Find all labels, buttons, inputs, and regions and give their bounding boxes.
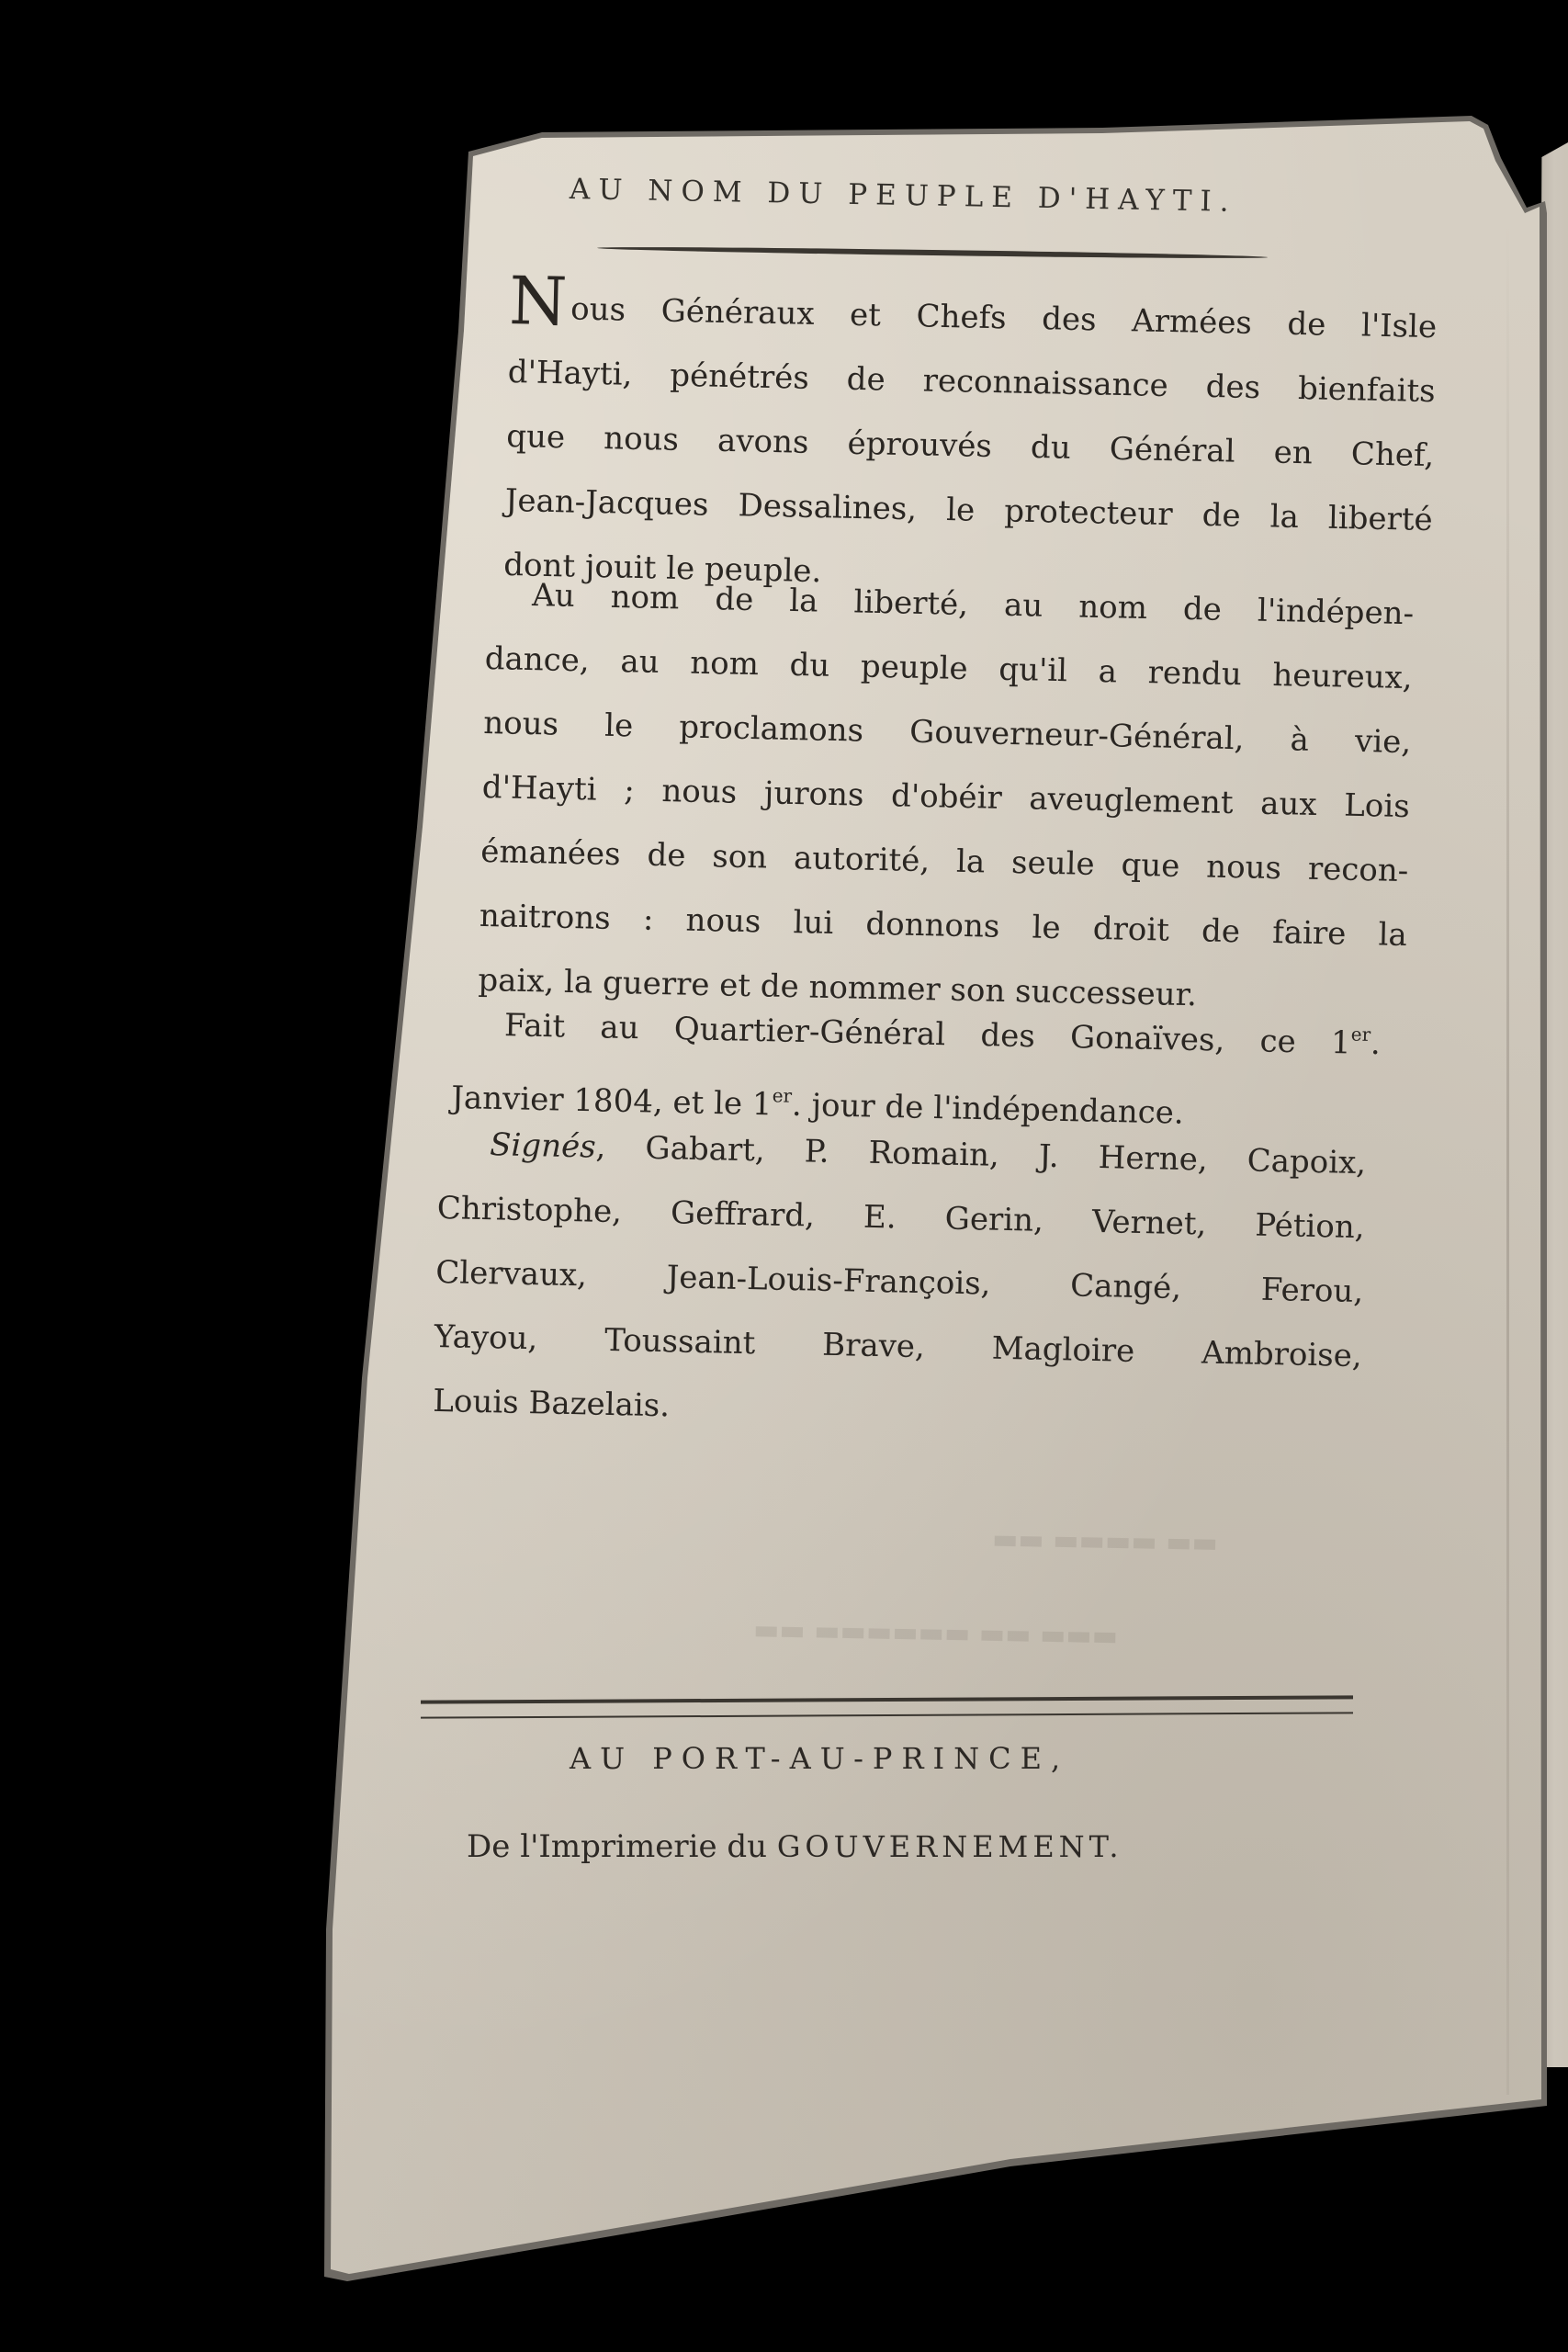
bleed-through-text: ▬▬▬ ▬▬ ▬▬▬▬▬▬ ▬▬ (753, 1614, 1119, 1653)
signed-label: Signés (490, 1126, 596, 1165)
imprint-divider (421, 1712, 1353, 1718)
drop-cap: N (509, 262, 569, 340)
page-text: ▬▬ ▬▬▬▬ ▬▬ ▬▬▬ ▬▬ ▬▬▬▬▬▬ ▬▬ AU NOM DU PE… (0, 0, 1568, 2352)
signatures-block: Signés, Gabart, P. Romain, J. Herne, Cap… (433, 1112, 1367, 1453)
page-title: AU NOM DU PEUPLE D'HAYTI. (570, 173, 1360, 221)
title-divider (597, 245, 1268, 260)
document-photo: ▬▬ ▬▬▬▬ ▬▬ ▬▬▬ ▬▬ ▬▬▬▬▬▬ ▬▬ AU NOM DU PE… (0, 0, 1568, 2352)
imprint-divider (421, 1695, 1353, 1703)
text-line: ous Généraux et Chefs des Armées de l'Is… (570, 290, 1438, 345)
imprint-city: AU PORT-AU-PRINCE, (570, 1741, 1069, 1776)
bleed-through-text: ▬▬ ▬▬▬▬ ▬▬ (992, 1523, 1218, 1559)
imprint-printer: De l'Imprimerie du GOUVERNEMENT. (467, 1828, 1122, 1865)
paragraph-proclamation: Au nom de la liberté, au nom de l'indépe… (478, 562, 1415, 1032)
